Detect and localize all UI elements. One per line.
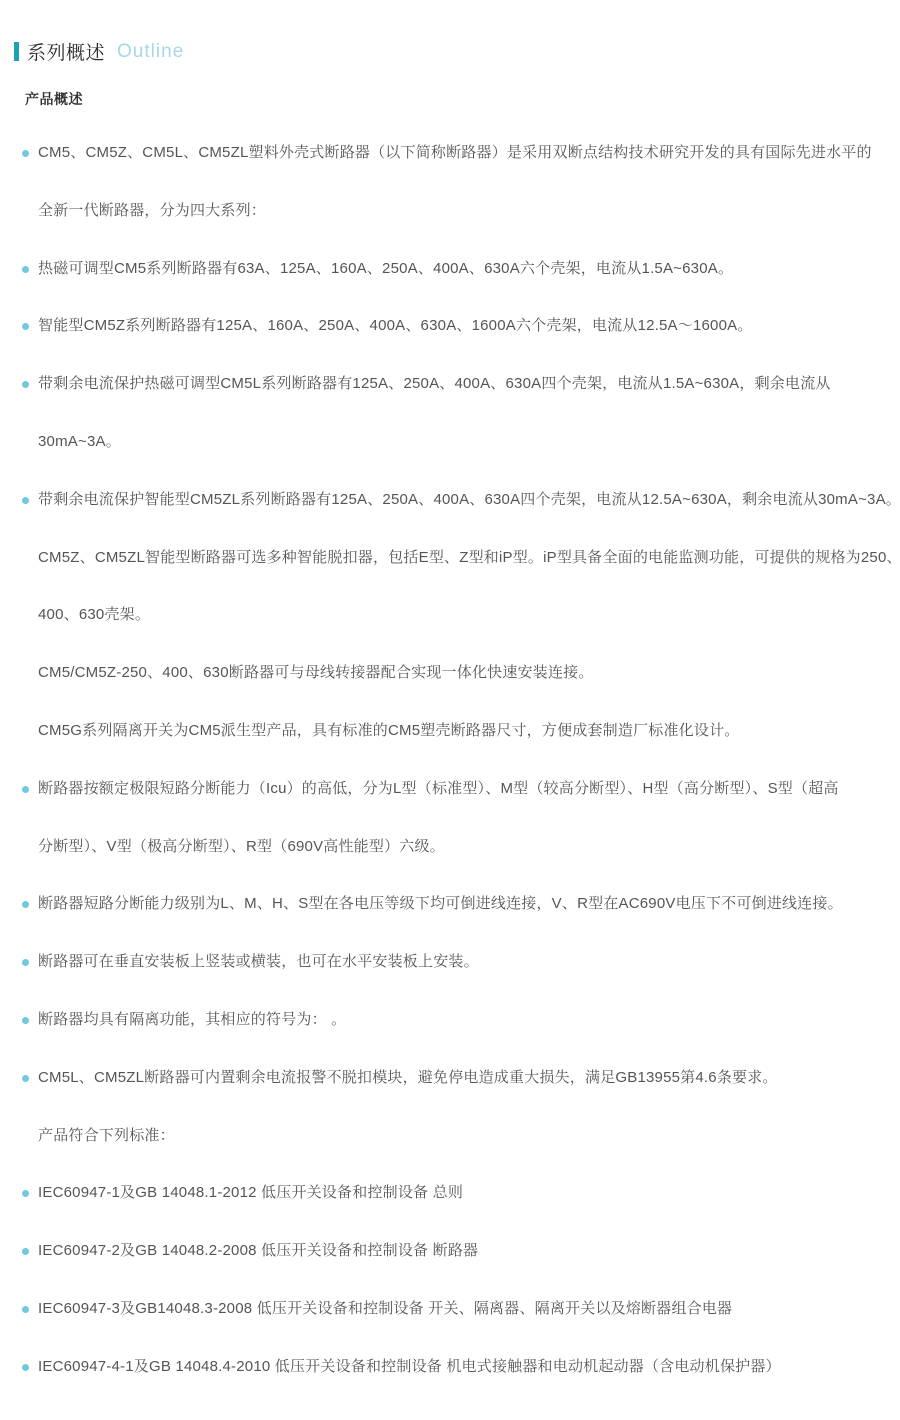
list-item-text: 分断型）、V型（极高分断型）、R型（690V高性能型）六级。 [38,837,445,857]
list-item-text: 断路器短路分断能力级别为L、M、H、S型在各电压等级下均可倒进线连接，V、R型在… [38,894,843,914]
bullet-dot-icon [22,1364,29,1371]
list-item: IEC60947-3及GB14048.3-2008 低压开关设备和控制设备 开关… [0,1299,900,1357]
bullet-dot-icon [22,959,29,966]
list-item-text: 产品符合下列标准： [38,1126,175,1146]
list-item: 断路器均具有隔离功能，其相应的符号为： 。 [0,1010,900,1068]
list-item-text: 全新一代断路器，分为四大系列： [38,201,266,221]
list-item: IEC60947-2及GB 14048.2-2008 低压开关设备和控制设备 断… [0,1241,900,1299]
bullet-dot-icon [22,1190,29,1197]
bullet-dot-icon [22,323,29,330]
list-item-continuation: CM5/CM5Z-250、400、630断路器可与母线转接器配合实现一体化快速安… [0,663,900,721]
bullet-dot-icon [22,1017,29,1024]
content-list: CM5、CM5Z、CM5L、CM5ZL塑料外壳式断路器（以下简称断路器）是采用双… [0,143,900,1415]
list-item-continuation: 全新一代断路器，分为四大系列： [0,201,900,259]
list-item-text: CM5、CM5Z、CM5L、CM5ZL塑料外壳式断路器（以下简称断路器）是采用双… [38,143,872,163]
list-item: IEC60947-4-1及GB 14048.4-2010 低压开关设备和控制设备… [0,1357,900,1415]
list-item-continuation: 产品符合下列标准： [0,1126,900,1184]
bullet-dot-icon [22,266,29,273]
list-item-text: IEC60947-2及GB 14048.2-2008 低压开关设备和控制设备 断… [38,1241,478,1261]
bullet-dot-icon [22,1306,29,1313]
list-item-continuation: 分断型）、V型（极高分断型）、R型（690V高性能型）六级。 [0,837,900,895]
list-item: IEC60947-1及GB 14048.1-2012 低压开关设备和控制设备 总… [0,1183,900,1241]
bullet-dot-icon [22,150,29,157]
list-item-text: 带剩余电流保护热磁可调型CM5L系列断路器有125A、250A、400A、630… [38,374,831,394]
list-item: 断路器按额定极限短路分断能力（Icu）的高低，分为L型（标准型）、M型（较高分断… [0,779,900,837]
list-item-text: IEC60947-3及GB14048.3-2008 低压开关设备和控制设备 开关… [38,1299,732,1319]
section-title-en: Outline [117,41,184,63]
document-page: 系列概述 Outline 产品概述 CM5、CM5Z、CM5L、CM5ZL塑料外… [0,0,900,1420]
bullet-dot-icon [22,901,29,908]
list-item: 断路器可在垂直安装板上竖装或横装，也可在水平安装板上安装。 [0,952,900,1010]
list-item-continuation: 30mA~3A。 [0,432,900,490]
list-item: 带剩余电流保护智能型CM5ZL系列断路器有125A、250A、400A、630A… [0,490,900,548]
list-item: 热磁可调型CM5系列断路器有63A、125A、160A、250A、400A、63… [0,259,900,317]
list-item-text: 断路器按额定极限短路分断能力（Icu）的高低，分为L型（标准型）、M型（较高分断… [38,779,839,799]
list-item: CM5、CM5Z、CM5L、CM5ZL塑料外壳式断路器（以下简称断路器）是采用双… [0,143,900,201]
list-item-continuation: CM5Z、CM5ZL智能型断路器可选多种智能脱扣器，包括E型、Z型和iP型。iP… [0,548,900,606]
section-title-cn: 系列概述 [27,38,105,65]
bullet-dot-icon [22,381,29,388]
bullet-dot-icon [22,1248,29,1255]
list-item-text: 400、630壳架。 [38,605,150,625]
bullet-dot-icon [22,786,29,793]
list-item: 智能型CM5Z系列断路器有125A、160A、250A、400A、630A、16… [0,316,900,374]
list-item-text: IEC60947-1及GB 14048.1-2012 低压开关设备和控制设备 总… [38,1183,463,1203]
section-header: 系列概述 Outline [14,38,184,65]
list-item-text: 断路器可在垂直安装板上竖装或横装，也可在水平安装板上安装。 [38,952,479,972]
list-item-text: CM5G系列隔离开关为CM5派生型产品，具有标准的CM5塑壳断路器尺寸，方便成套… [38,721,739,741]
list-item-text: 带剩余电流保护智能型CM5ZL系列断路器有125A、250A、400A、630A… [38,490,900,510]
list-item-text: 智能型CM5Z系列断路器有125A、160A、250A、400A、630A、16… [38,316,753,336]
list-item-text: CM5L、CM5ZL断路器可内置剩余电流报警不脱扣模块，避免停电造成重大损失，满… [38,1068,778,1088]
list-item-continuation: 400、630壳架。 [0,605,900,663]
list-item-text: 30mA~3A。 [38,432,121,452]
list-item: 带剩余电流保护热磁可调型CM5L系列断路器有125A、250A、400A、630… [0,374,900,432]
list-item-text: 热磁可调型CM5系列断路器有63A、125A、160A、250A、400A、63… [38,259,733,279]
list-item-text: IEC60947-4-1及GB 14048.4-2010 低压开关设备和控制设备… [38,1357,781,1377]
list-item: 断路器短路分断能力级别为L、M、H、S型在各电压等级下均可倒进线连接，V、R型在… [0,894,900,952]
bullet-dot-icon [22,497,29,504]
accent-bar-icon [14,42,19,61]
list-item-text: CM5Z、CM5ZL智能型断路器可选多种智能脱扣器，包括E型、Z型和iP型。iP… [38,548,900,568]
list-item-continuation: CM5G系列隔离开关为CM5派生型产品，具有标准的CM5塑壳断路器尺寸，方便成套… [0,721,900,779]
bullet-dot-icon [22,1075,29,1082]
list-item-text: 断路器均具有隔离功能，其相应的符号为： 。 [38,1010,346,1030]
list-item: CM5L、CM5ZL断路器可内置剩余电流报警不脱扣模块，避免停电造成重大损失，满… [0,1068,900,1126]
subsection-title: 产品概述 [25,89,83,109]
list-item-text: CM5/CM5Z-250、400、630断路器可与母线转接器配合实现一体化快速安… [38,663,594,683]
